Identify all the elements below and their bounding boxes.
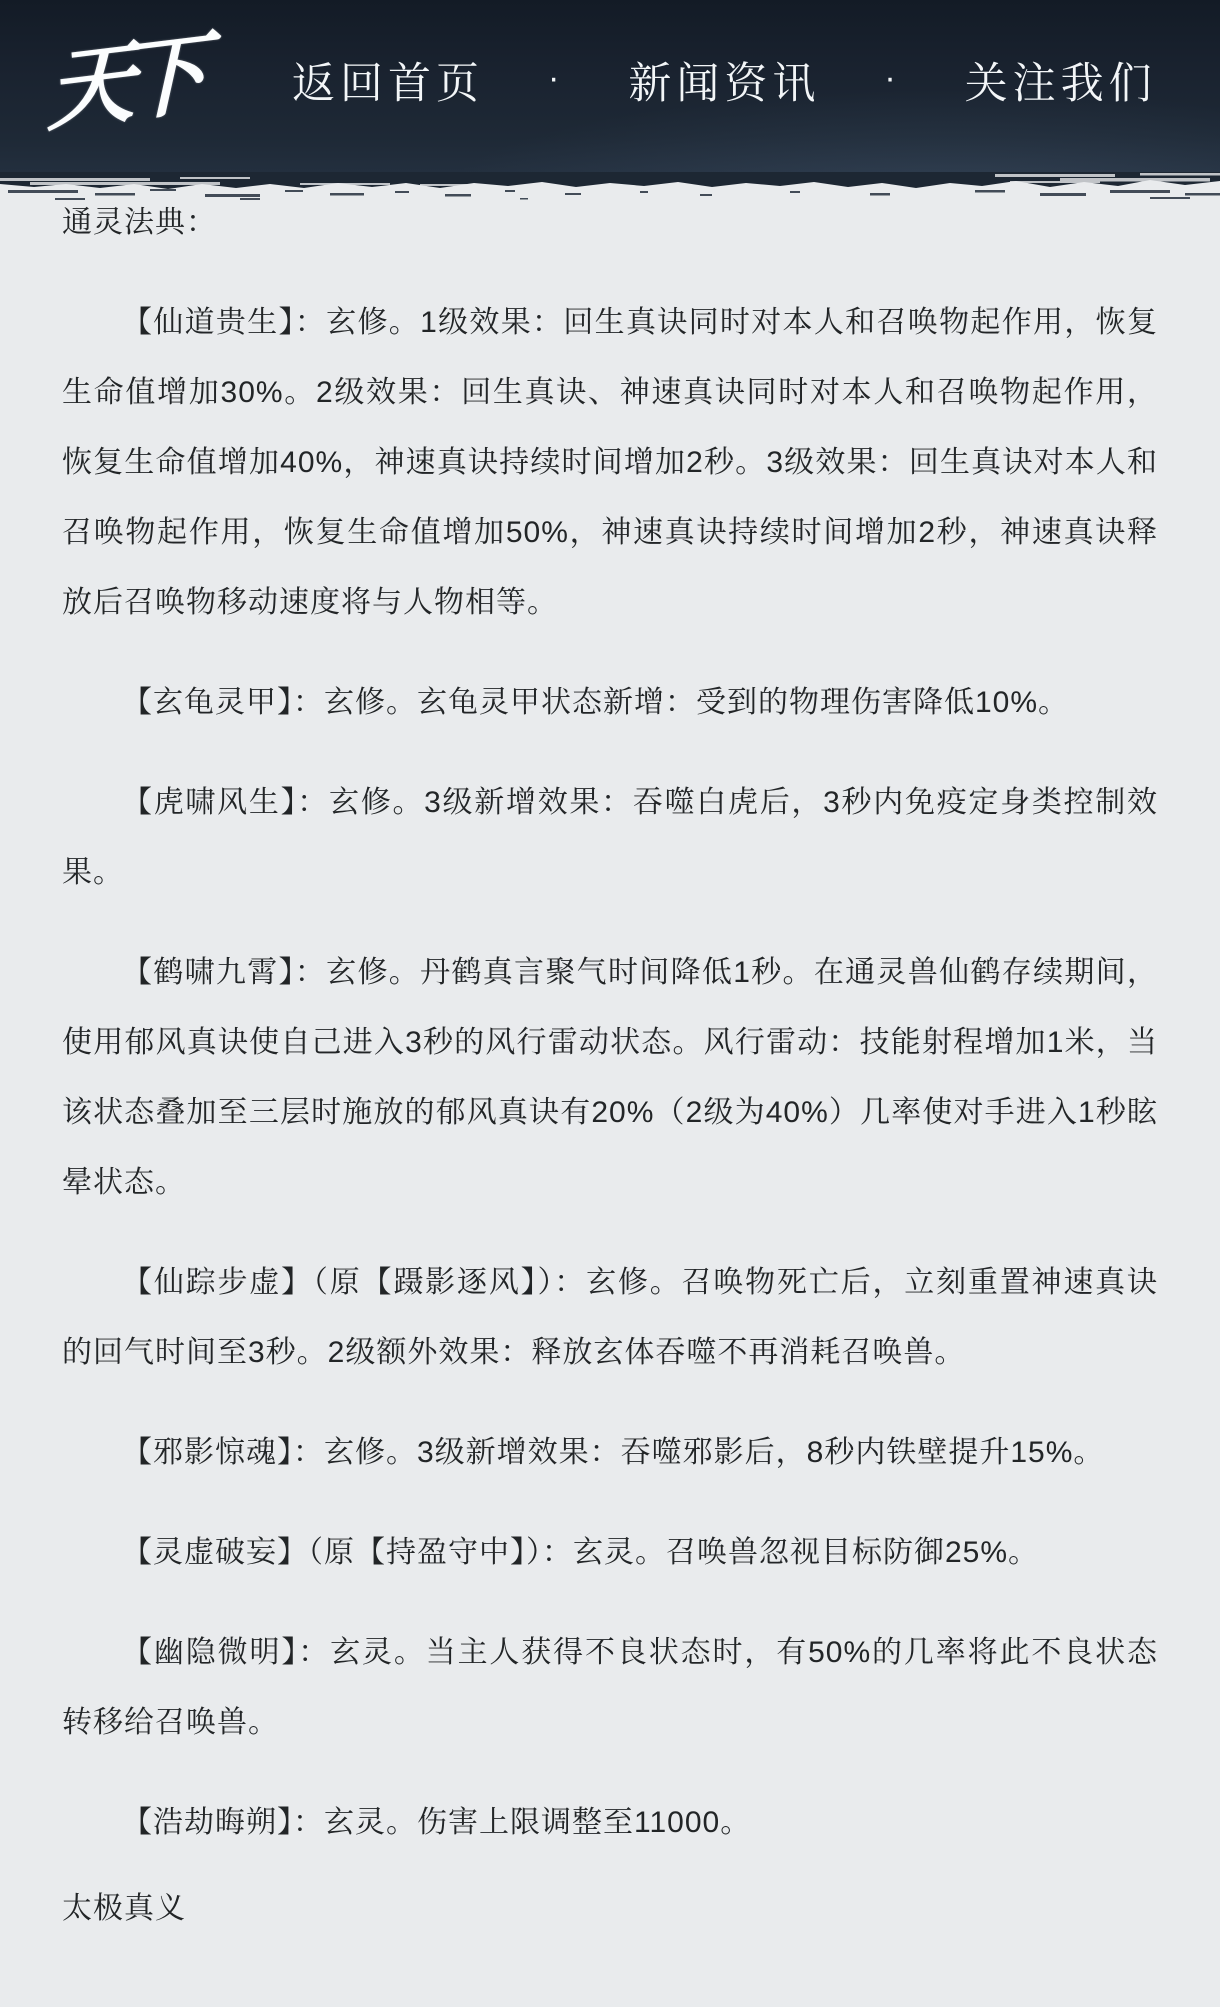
header-inner: 天下 返回首页 · 新闻资讯 · 关注我们: [0, 0, 1220, 160]
main-nav: 返回首页 · 新闻资讯 · 关注我们: [292, 50, 1157, 111]
skill-paragraph-xianzong-buxu: 【仙踪步虚】（原【蹑影逐风】）：玄修。召唤物死亡后，立刻重置神速真诀的回气时间至…: [62, 1248, 1158, 1388]
skill-paragraph-hexiao-jiuxiao: 【鹤啸九霄】：玄修。丹鹤真言聚气时间降低1秒。在通灵兽仙鹤存续期间，使用郁风真诀…: [62, 938, 1158, 1218]
nav-item-follow-us[interactable]: 关注我们: [965, 50, 1157, 111]
nav-item-news[interactable]: 新闻资讯: [628, 50, 820, 111]
truncated-next-line: 太极真义: [62, 1894, 1158, 1924]
site-header: 天下 返回首页 · 新闻资讯 · 关注我们: [0, 0, 1220, 172]
skill-paragraph-xuangui-lingjia: 【玄龟灵甲】：玄修。玄龟灵甲状态新增：受到的物理伤害降低10%。: [62, 668, 1158, 738]
skill-paragraph-haojie-huishuo: 【浩劫晦朔】：玄灵。伤害上限调整至11000。: [62, 1788, 1158, 1858]
nav-separator-dot: ·: [548, 61, 564, 95]
nav-item-home[interactable]: 返回首页: [292, 50, 484, 111]
skill-paragraph-youyin-weiming: 【幽隐微明】：玄灵。当主人获得不良状态时，有50%的几率将此不良状态转移给召唤兽…: [62, 1618, 1158, 1758]
nav-separator-dot: ·: [884, 61, 900, 95]
ink-brush-edge-decoration: [0, 172, 1220, 206]
skill-paragraph-huxiao-fengsheng: 【虎啸风生】：玄修。3级新增效果：吞噬白虎后，3秒内免疫定身类控制效果。: [62, 768, 1158, 908]
skill-paragraph-xieying-jinghun: 【邪影惊魂】：玄修。3级新增效果：吞噬邪影后，8秒内铁壁提升15%。: [62, 1418, 1158, 1488]
patch-notes-article: 通灵法典： 【仙道贵生】：玄修。1级效果：回生真诀同时对本人和召唤物起作用，恢复…: [0, 172, 1220, 1924]
site-logo[interactable]: 天下: [46, 24, 236, 136]
skill-paragraph-xiandao-guisheng: 【仙道贵生】：玄修。1级效果：回生真诀同时对本人和召唤物起作用，恢复生命值增加3…: [62, 288, 1158, 638]
skill-paragraph-lingxu-powang: 【灵虚破妄】（原【持盈守中】）：玄灵。召唤兽忽视目标防御25%。: [62, 1518, 1158, 1588]
